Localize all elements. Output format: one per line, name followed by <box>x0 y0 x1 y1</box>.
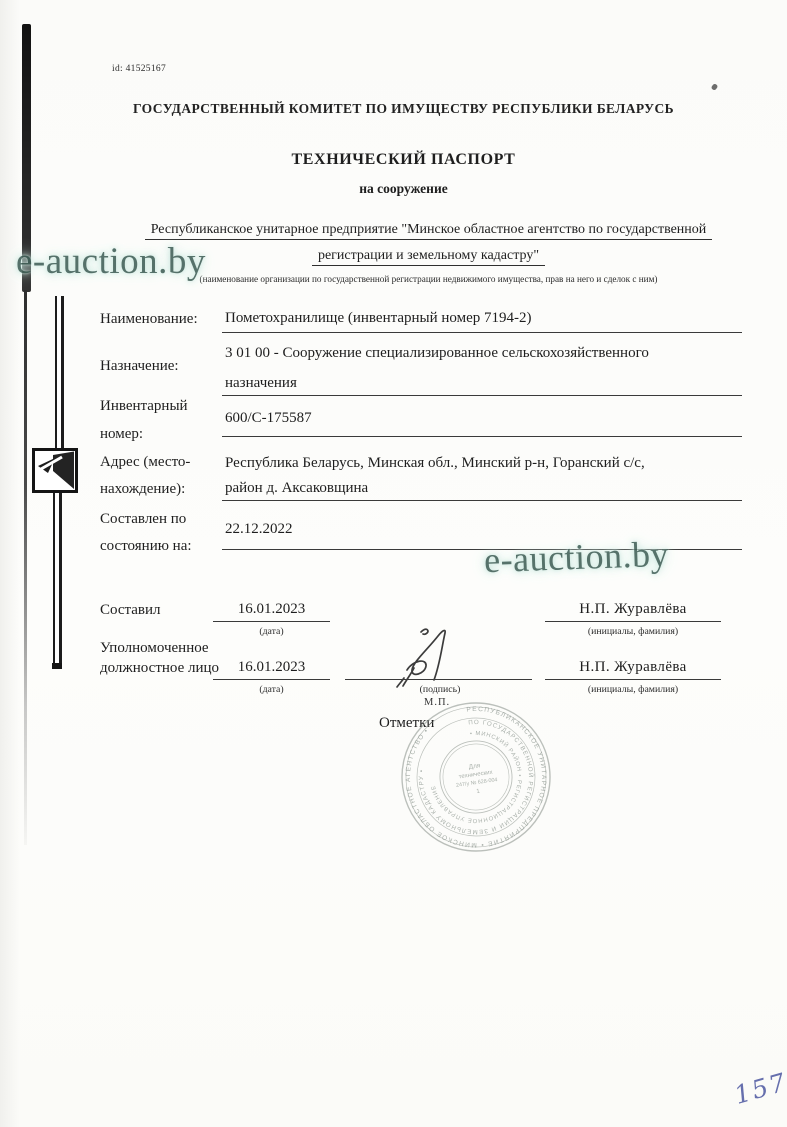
authorized-name: Н.П. Журавлёва <box>545 659 721 676</box>
authorized-date-caption: (дата) <box>213 684 330 695</box>
handwritten-page-number: 157 <box>731 1067 787 1110</box>
scan-id: id: 41525167 <box>112 64 166 74</box>
compiled-by-label: Составил <box>100 602 161 619</box>
authorized-date: 16.01.2023 <box>213 659 330 676</box>
organization-line1: Республиканское унитарное предприятие "М… <box>70 222 787 240</box>
organization-line2-text: регистрации и земельному кадастру" <box>312 248 545 266</box>
document-title: ТЕХНИЧЕСКИЙ ПАСПОРТ <box>20 151 787 169</box>
field-address-underline <box>222 500 742 501</box>
field-asof-label1: Составлен по <box>100 511 186 528</box>
field-address-value1: Республика Беларусь, Минская обл., Минск… <box>225 455 645 472</box>
field-address-label1: Адрес (место- <box>100 454 190 471</box>
scan-artifact-line <box>24 290 27 845</box>
field-inventory-label2: номер: <box>100 426 143 443</box>
committee-heading: ГОСУДАРСТВЕННЫЙ КОМИТЕТ ПО ИМУЩЕСТВУ РЕС… <box>20 101 787 117</box>
compiled-name: Н.П. Журавлёва <box>545 601 721 618</box>
field-inventory-underline <box>222 436 742 437</box>
field-name-label: Наименование: <box>100 311 198 328</box>
field-purpose-underline <box>222 395 742 396</box>
field-address-label2: нахождение): <box>100 481 185 498</box>
field-name-value: Пометохранилище (инвентарный номер 7194-… <box>225 310 532 327</box>
compiled-name-caption: (инициалы, фамилия) <box>545 626 721 637</box>
authorized-name-caption: (инициалы, фамилия) <box>545 684 721 695</box>
scan-speck <box>711 83 719 91</box>
authorized-name-underline <box>545 679 721 680</box>
stamp-center-line4: 1 <box>476 789 481 795</box>
field-purpose-value1: 3 01 00 - Сооружение специализированное … <box>225 345 649 362</box>
watermark-e-auction-2: e-auction.by <box>483 533 669 581</box>
signature-caption: (подпись) <box>360 684 520 695</box>
stamp-center-line1: Для <box>468 762 481 771</box>
authorized-label2: должностное лицо <box>100 660 219 677</box>
authorized-date-underline <box>213 679 330 680</box>
organization-line1-text: Республиканское унитарное предприятие "М… <box>145 222 713 240</box>
binder-strip-lower <box>53 492 62 664</box>
field-asof-label2: состоянию на: <box>100 538 192 555</box>
compiled-date-underline <box>213 621 330 622</box>
folded-corner-marker-icon <box>32 448 79 494</box>
watermark-e-auction: e-auction.by <box>16 240 206 283</box>
field-purpose-label: Назначение: <box>100 358 179 375</box>
compiled-date-caption: (дата) <box>213 626 330 637</box>
handwritten-signature <box>393 624 481 690</box>
round-official-stamp: РЕСПУБЛИКАНСКОЕ УНИТАРНОЕ ПРЕДПРИЯТИЕ • … <box>389 690 563 864</box>
field-inventory-label1: Инвентарный <box>100 398 188 415</box>
field-inventory-value: 600/С-175587 <box>225 410 312 427</box>
scan-edge-shade <box>0 0 20 1127</box>
binder-strip-upper <box>55 296 64 449</box>
field-name-underline <box>222 332 742 333</box>
scanned-technical-passport-page: id: 41525167 ГОСУДАРСТВЕННЫЙ КОМИТЕТ ПО … <box>0 0 787 1127</box>
field-address-value2: район д. Аксаковщина <box>225 480 368 497</box>
compiled-date: 16.01.2023 <box>213 601 330 618</box>
field-asof-value: 22.12.2022 <box>225 521 293 538</box>
field-purpose-value2: назначения <box>225 375 297 392</box>
authorized-label1: Уполномоченное <box>100 640 209 657</box>
document-subtitle: на сооружение <box>20 181 787 197</box>
compiled-name-underline <box>545 621 721 622</box>
